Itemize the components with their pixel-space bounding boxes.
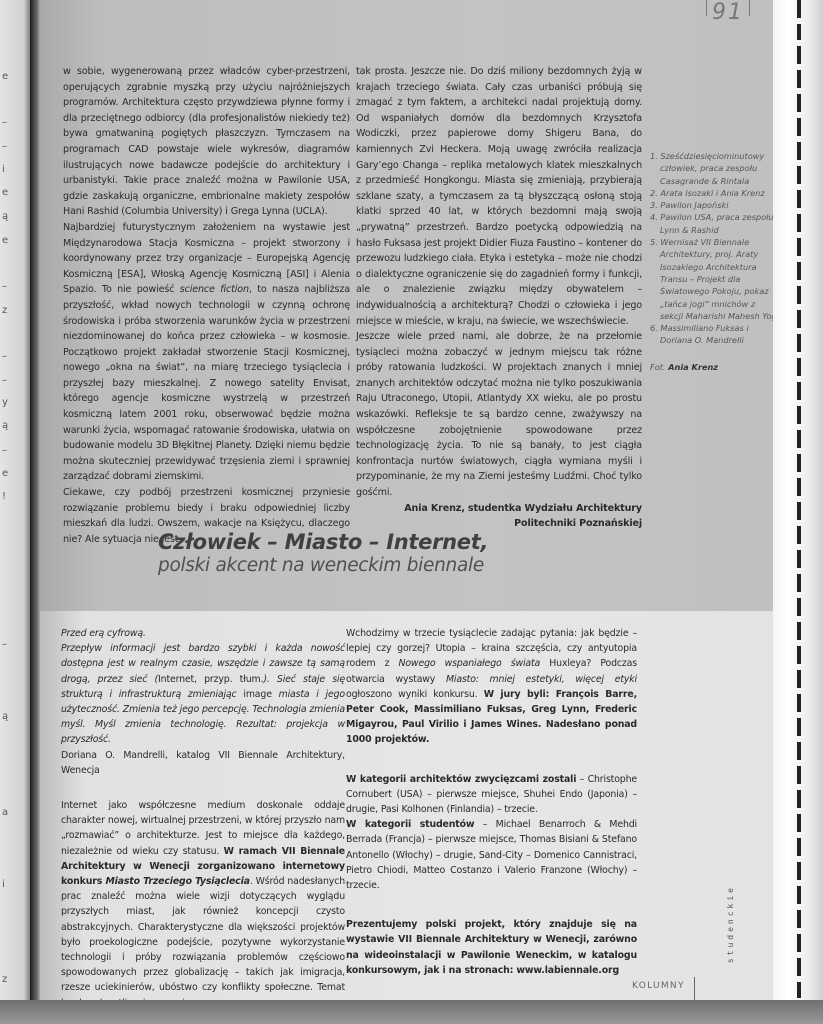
caption-item: 3. Pawilon Japoński [650, 199, 780, 211]
facing-page-fragment: e [2, 72, 8, 82]
paragraph: Wchodzimy w trzecie tysiąclecie zadając … [346, 626, 637, 748]
photo-captions: 1. Sześćdziesięciominutowy człowiek, pra… [650, 150, 780, 373]
article-column-2: tak prosta. Jeszcze nie. Do dziś miliony… [356, 64, 642, 532]
paragraph: Najbardziej futurystycznym założeniem na… [63, 220, 350, 485]
facing-page-fragment: – [2, 282, 7, 292]
spiral-binding [773, 0, 823, 1024]
article-heading: Człowiek – Miasto – Internet, polski akc… [158, 530, 488, 576]
article2-column-1: Przed erą cyfrową. Przepływ informacji j… [61, 626, 345, 1011]
article-column-1: w sobie, wygenerowaną przez władców cybe… [63, 64, 350, 547]
caption-item: 1. Sześćdziesięciominutowy człowiek, pra… [650, 150, 780, 187]
photo-credit: Fot. Ania Krenz [650, 361, 780, 373]
facing-page-fragment: y [2, 398, 8, 408]
facing-page-fragment: – [2, 446, 7, 456]
facing-page-fragment: – [2, 640, 7, 650]
facing-page-fragment: – [2, 352, 7, 362]
facing-page-edge: e – – i e ą e – z – – y ą – e ! – ą a i … [0, 0, 34, 1024]
facing-page-fragment: ą [2, 212, 8, 222]
paragraph: Jeszcze wiele przed nami, ale dobrze, że… [356, 329, 642, 501]
page-bottom-shadow [0, 1000, 823, 1024]
paragraph: Prezentujemy polski projekt, który znajd… [346, 917, 637, 978]
facing-page-fragment: ! [2, 492, 6, 502]
paragraph: W kategorii architektów zwycięzcami zost… [346, 772, 637, 818]
author-signature: Ania Krenz, studentka Wydziału Architekt… [356, 501, 642, 532]
magazine-page: 91 w sobie, wygenerowaną przez władców c… [40, 0, 773, 1000]
facing-page-fragment: z [2, 975, 7, 985]
facing-page-fragment: i [2, 165, 5, 175]
paragraph: tak prosta. Jeszcze nie. Do dziś miliony… [356, 64, 642, 329]
section-side-label: studenckie [726, 885, 738, 963]
facing-page-fragment: ą [2, 712, 8, 722]
page-number: 91 [712, 0, 744, 25]
caption-item: 2. Arata Isozaki i Ania Krenz [650, 187, 780, 199]
article-title: Człowiek – Miasto – Internet, [158, 530, 488, 554]
section-footer: KOLUMNY [632, 981, 685, 991]
facing-page-fragment: – [2, 142, 7, 152]
epigraph-source: Doriana O. Mandrelli, katalog VII Bienna… [61, 748, 345, 778]
caption-item: 6. Massimiliano Fuksas i Doriana O. Mand… [650, 322, 780, 347]
facing-page-fragment: e [2, 188, 8, 198]
facing-page-fragment: a [2, 808, 8, 818]
paragraph: w sobie, wygenerowaną przez władców cybe… [63, 64, 350, 220]
facing-page-fragment: e [2, 236, 8, 246]
caption-item: 5. Wernisaż VII Biennale Architektury, p… [650, 236, 780, 322]
facing-page-fragment: e [2, 469, 8, 479]
paragraph: Internet jako współczesne medium doskona… [61, 798, 345, 1011]
facing-page-fragment: – [2, 118, 7, 128]
caption-item: 4. Pawilon USA, praca zespołu Lynn & Ras… [650, 211, 780, 236]
article2-column-2: Wchodzimy w trzecie tysiąclecie zadając … [346, 626, 637, 978]
facing-page-fragment: – [2, 376, 7, 386]
article-subtitle: polski akcent na weneckim biennale [158, 555, 488, 576]
epigraph: Przed erą cyfrową. Przepływ informacji j… [61, 626, 345, 748]
facing-page-fragment: i [2, 880, 5, 890]
paragraph: W kategorii studentów – Michael Benarroc… [346, 817, 637, 893]
facing-page-fragment: ą [2, 421, 8, 431]
facing-page-fragment: z [2, 306, 7, 316]
